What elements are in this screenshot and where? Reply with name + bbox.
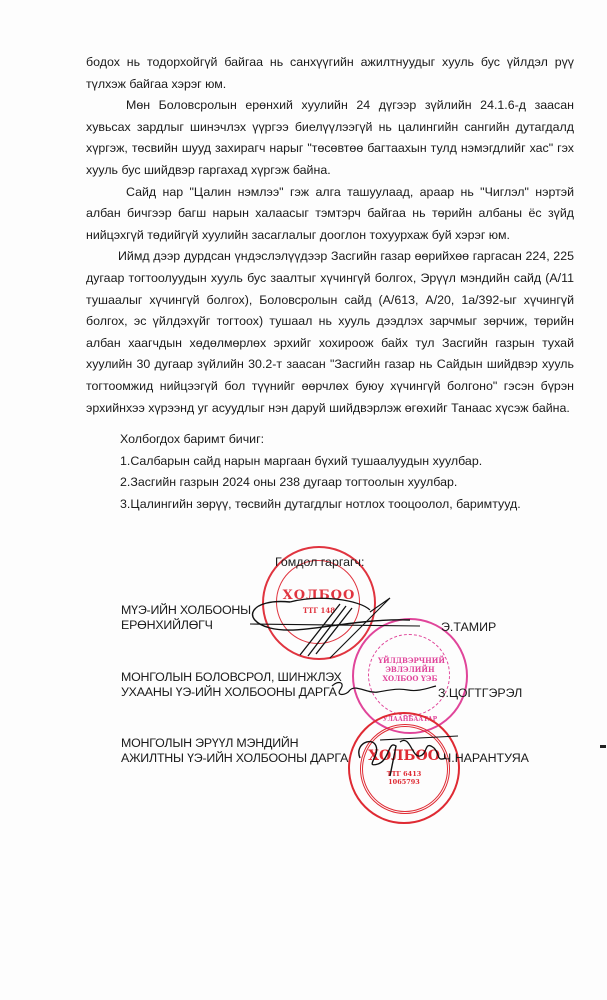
signatory-1-title: МҮЭ-ИЙН ХОЛБООНЫ ЕРӨНХИЙЛӨГЧ [121,603,251,633]
document-page: бодох нь тодорхойгүй байгаа нь санхүүгий… [0,0,607,1000]
attachments-heading: Холбогдох баримт бичиг: [120,429,521,451]
paragraph-1: бодох нь тодорхойгүй байгаа нь санхүүгий… [86,52,574,95]
paragraph-4: Иймд дээр дурдсан үндэслэлүүдээр Засгийн… [86,246,574,419]
signature-1 [230,580,420,660]
signatory-2-title: МОНГОЛЫН БОЛОВСРОЛ, ШИНЖЛЭХ УХААНЫ ҮЭ-ИЙ… [121,670,342,700]
signatory-3-name: Ч.НАРАНТУЯА [443,751,529,765]
document-body: бодох нь тодорхойгүй байгаа нь санхүүгий… [86,52,574,419]
signatory-title-line: МОНГОЛЫН БОЛОВСРОЛ, ШИНЖЛЭХ [121,670,342,685]
attachment-item: 2.Засгийн газрын 2024 оны 238 дугаар тог… [120,472,521,494]
paragraph-3: Сайд нар "Цалин нэмлээ" гэж алга ташуула… [86,182,574,247]
scan-edge-mark [600,745,606,748]
attachments-section: Холбогдох баримт бичиг: 1.Салбарын сайд … [120,429,521,515]
signatory-3-title: МОНГОЛЫН ЭРҮҮЛ МЭНДИЙН АЖИЛТНЫ ҮЭ-ИЙН ХО… [121,736,348,766]
signatory-title-line: УХААНЫ ҮЭ-ИЙН ХОЛБООНЫ ДАРГА [121,685,342,700]
signature-2 [328,678,438,702]
signatory-1-name: Э.ТАМИР [441,620,496,634]
signatory-title-line: МОНГОЛЫН ЭРҮҮЛ МЭНДИЙН [121,736,348,751]
attachment-item: 1.Салбарын сайд нарын маргаан бүхий туша… [120,451,521,473]
signatory-title-line: ЕРӨНХИЙЛӨГЧ [121,618,251,633]
signatory-2-name: З.ЦОГТГЭРЭЛ [438,686,522,700]
signatory-title-line: МҮЭ-ИЙН ХОЛБООНЫ [121,603,251,618]
attachment-item: 3.Цалингийн зөрүү, төсвийн дутагдлыг нот… [120,494,521,516]
complainant-label: Гомдол гаргагч: [275,555,364,569]
signatory-title-line: АЖИЛТНЫ ҮЭ-ИЙН ХОЛБООНЫ ДАРГА [121,751,348,766]
paragraph-2: Мөн Боловсролын ерөнхий хуулийн 24 дүгээ… [86,95,574,181]
